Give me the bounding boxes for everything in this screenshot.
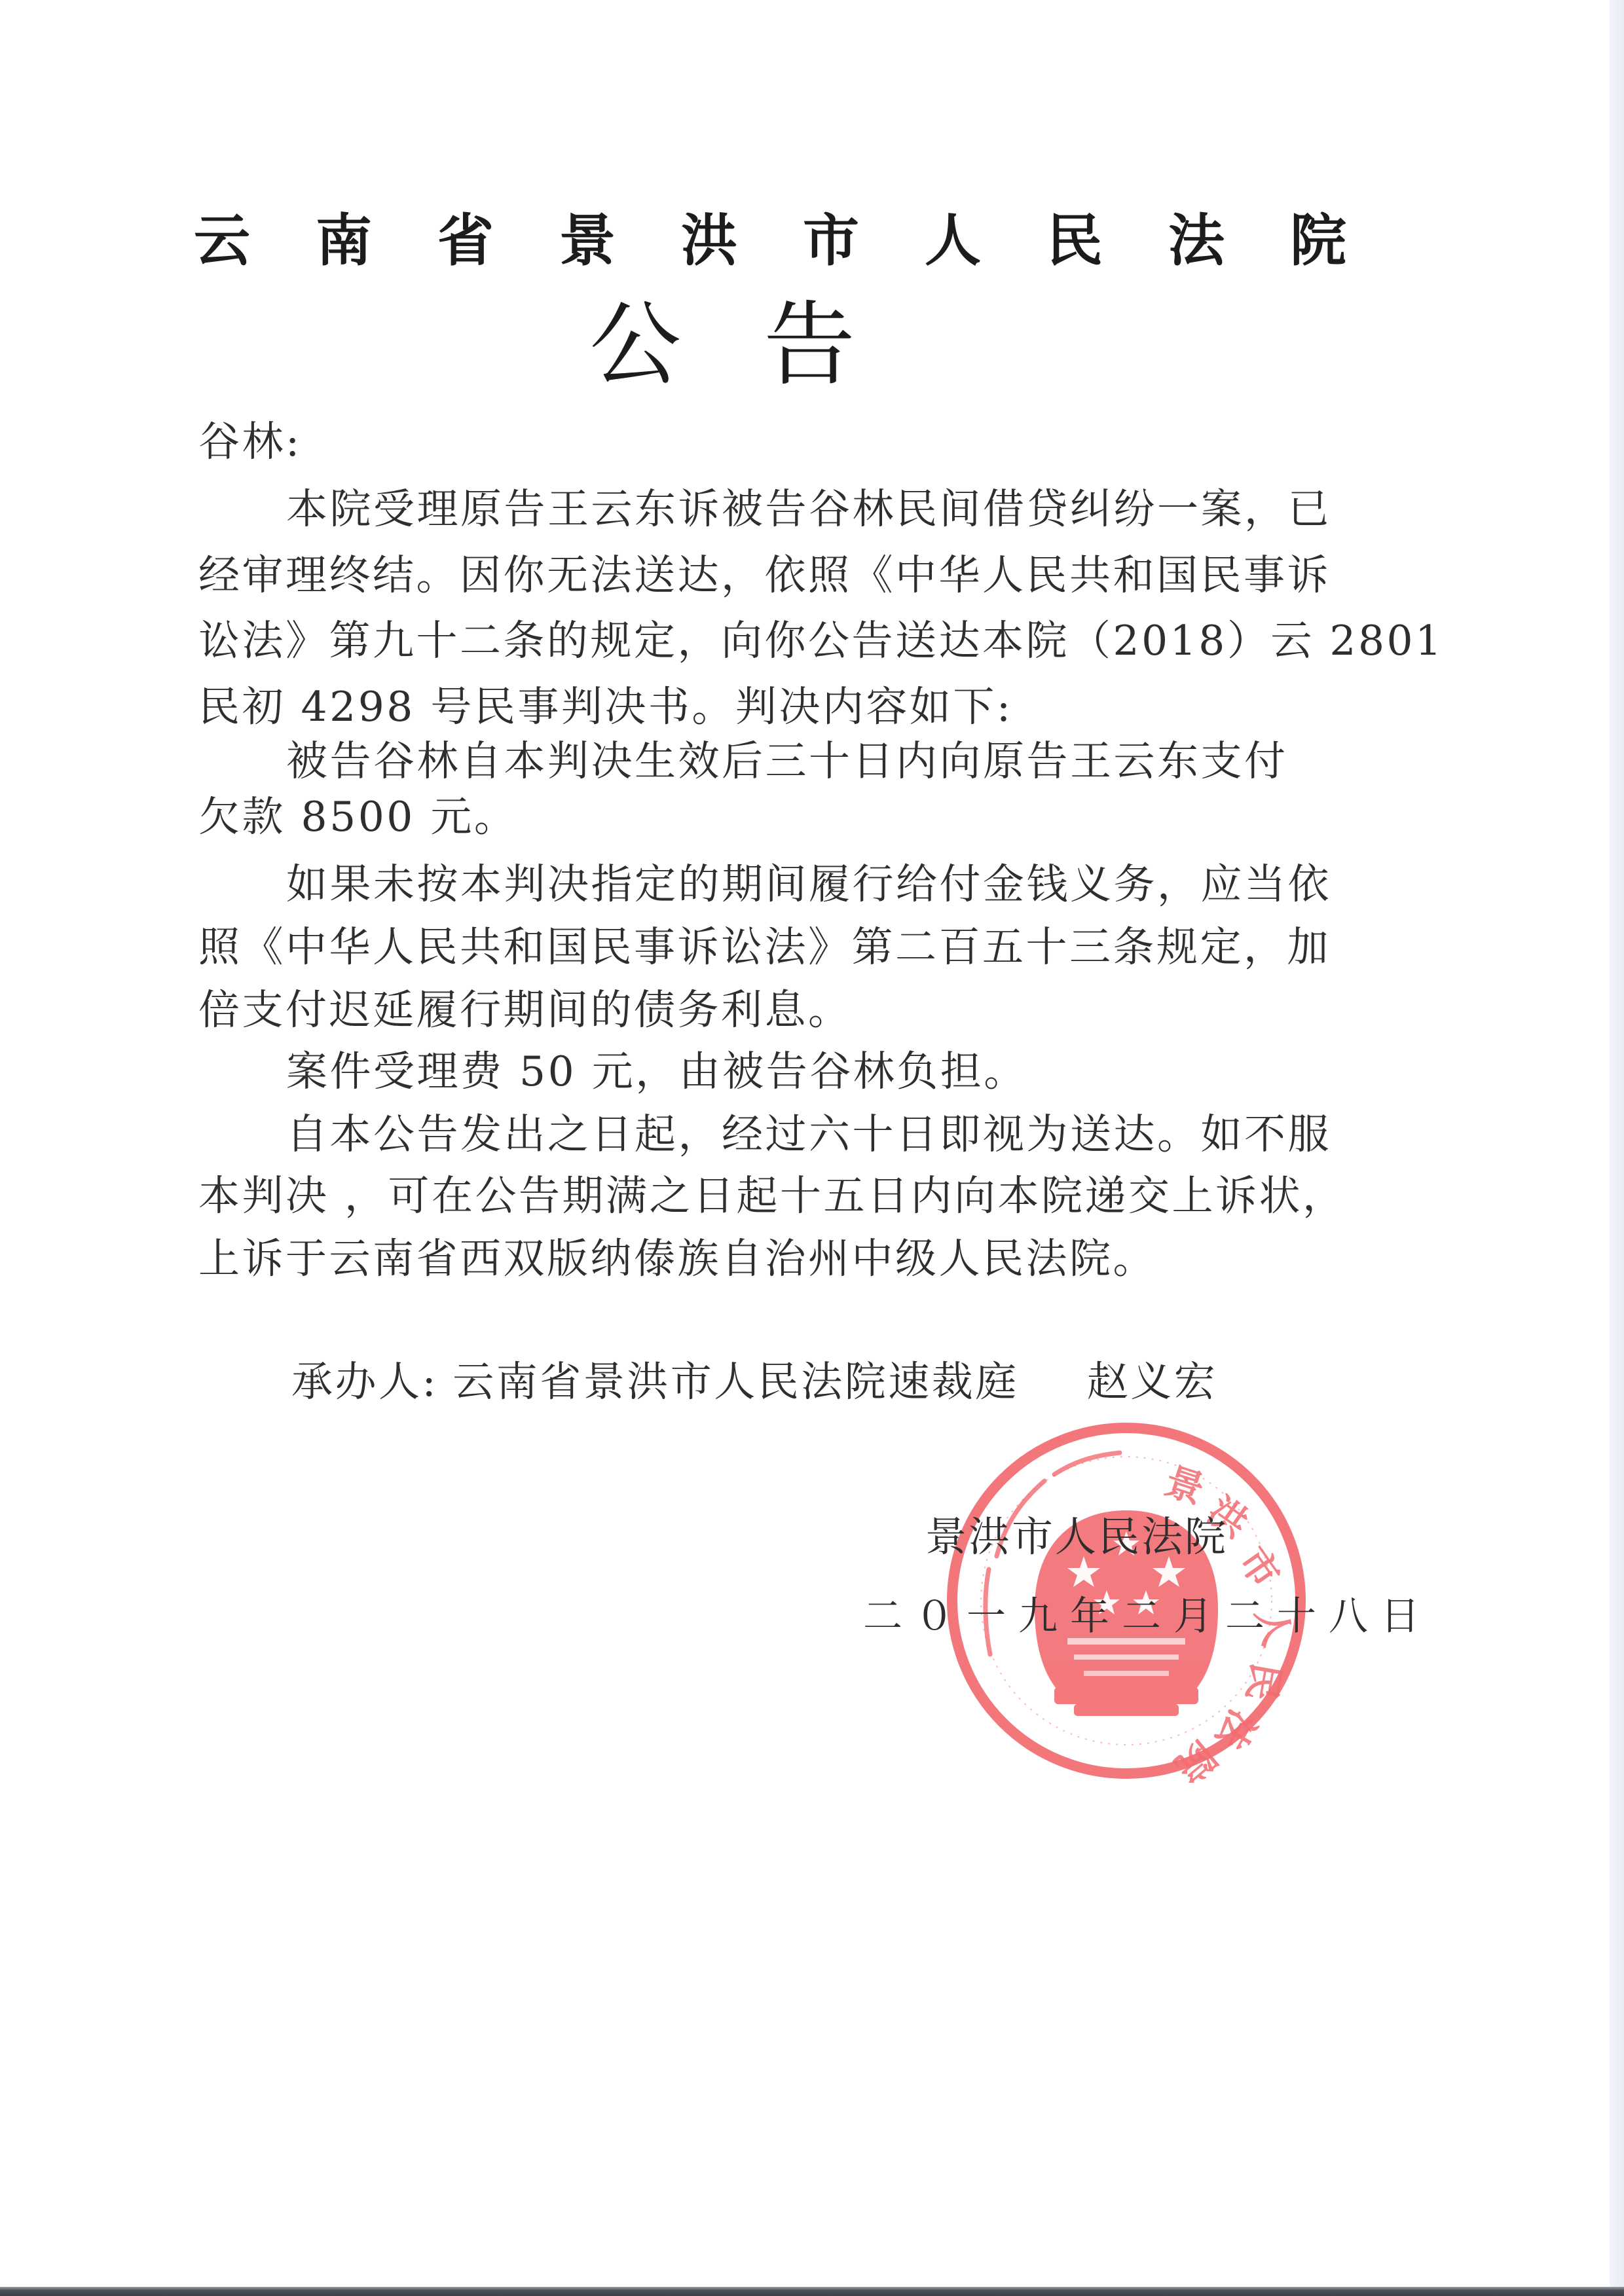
handler-label: 承办人: [291,1358,438,1406]
svg-text:院: 院 [1167,1732,1225,1783]
body-line: 上诉于云南省西双版纳傣族自治州中级人民法院。 [198,1236,1338,1282]
body-line: 如果未按本判决指定的期间履行给付金钱义务，应当依 [286,862,1426,907]
body-line: 经审理终结。因你无法送达，依照《中华人民共和国民事诉 [198,553,1338,598]
body-line: 欠款 8500 元。 [198,794,1338,840]
signing-date: 二０一九年二月二十八日 [863,1594,1432,1639]
scan-right-edge [1610,0,1624,2287]
notice-page: 云南省景洪市人民法院 公告 谷林: 本院受理原告王云东诉被告谷林民间借贷纠纷一案… [0,0,1624,2296]
scan-bottom-edge [0,2287,1624,2296]
body-line: 讼法》第九十二条的规定，向你公告送达本院（2018）云 2801 [198,618,1338,664]
body-line: 案件受理费 50 元，由被告谷林负担。 [286,1049,1426,1095]
addressee: 谷林: [198,419,1338,465]
body-line: 倍支付迟延履行期间的债务利息。 [198,987,1338,1033]
body-line: 本判决 ，可在公告期满之日起十五日内向本院递交上诉状， [198,1173,1338,1219]
body-line: 照《中华人民共和国民事诉讼法》第二百五十三条规定，加 [198,924,1338,970]
handler-name: 赵义宏 [1087,1358,1218,1406]
signing-court: 景洪市人民法院 [925,1514,1228,1560]
handler-department: 云南省景洪市人民法院速裁庭 [452,1358,1019,1406]
svg-text:景: 景 [1160,1459,1209,1513]
body-line: 被告谷林自本判决生效后三十日内向原告王云东支付 [286,738,1426,784]
document-type-heading: 公告 [589,293,938,398]
svg-text:市: 市 [1230,1539,1289,1596]
court-name-heading: 云南省景洪市人民法院 [194,208,1412,274]
case-handler: 承办人:云南省景洪市人民法院速裁庭赵义宏 [291,1359,1217,1405]
body-line: 民初 4298 号民事判决书。判决内容如下: [198,684,1338,730]
body-line: 本院受理原告王云东诉被告谷林民间借贷纠纷一案，已 [286,486,1426,532]
svg-text:民: 民 [1238,1660,1289,1705]
body-line: 自本公告发出之日起，经过六十日即视为送达。如不服 [286,1112,1426,1157]
